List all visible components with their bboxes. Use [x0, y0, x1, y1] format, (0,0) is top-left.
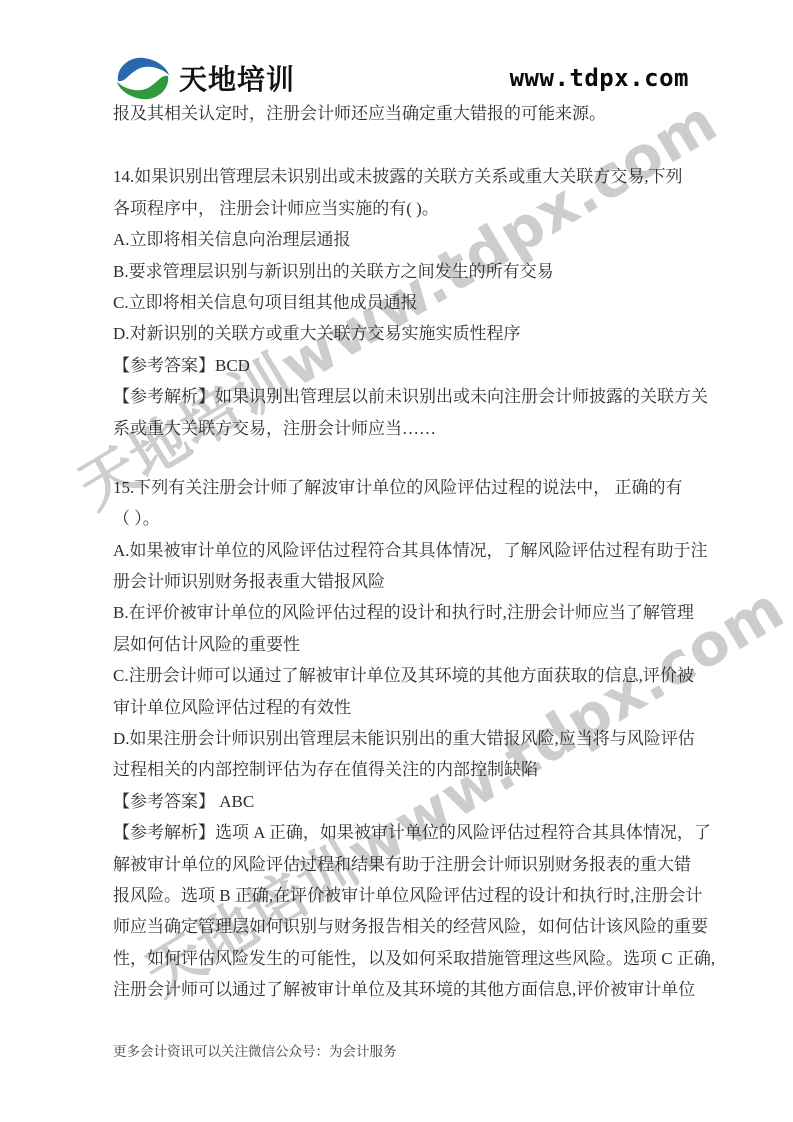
brand-logo: 天地培训 — [113, 55, 295, 102]
q15-reference-answer: 【参考答案】 ABC — [113, 786, 693, 817]
q15-analysis-line-3: 报风险。选项 B 正确,在评价被审计单位风险评估过程的设计和执行时,注册会计 — [113, 880, 693, 911]
q15-analysis-line-5: 性，如何评估风险发生的可能性，以及如何采取措施管理这些风险。选项 C 正确, — [113, 943, 693, 974]
q14-option-a: A.立即将相关信息向治理层通报 — [113, 224, 693, 255]
q14-option-c: C.立即将相关信息句项目组其他成员通报 — [113, 287, 693, 318]
q15-option-d-line-2: 过程相关的内部控制评估为存在值得关注的内部控制缺陷 — [113, 754, 693, 785]
q15-option-d-line-1: D.如果注册会计师识别出管理层未能识别出的重大错报风险,应当将与风险评估 — [113, 723, 693, 754]
q14-stem-line-1: 14.如果识别出管理层未识别出或未披露的关联方关系或重大关联方交易,下列 — [113, 161, 693, 192]
q14-option-d: D.对新识别的关联方或重大关联方交易实施实质性程序 — [113, 318, 693, 349]
q15-option-a-line-1: A.如果被审计单位的风险评估过程符合其具体情况，了解风险评估过程有助于注 — [113, 535, 693, 566]
footer-note: 更多会计资讯可以关注微信公众号：为会计服务 — [113, 1040, 397, 1060]
q15-option-c-line-1: C.注册会计师可以通过了解被审计单位及其环境的其他方面获取的信息,评价被 — [113, 660, 693, 691]
q14-option-b: B.要求管理层识别与新识别出的关联方之间发生的所有交易 — [113, 256, 693, 287]
page-header: 天地培训 www.tdpx.com — [113, 54, 689, 102]
q15-option-b-line-1: B.在评价被审计单位的风险评估过程的设计和执行时,注册会计师应当了解管理 — [113, 597, 693, 628]
q15-analysis-line-6: 注册会计师可以通过了解被审计单位及其环境的其他方面信息,评价被审计单位 — [113, 974, 693, 1005]
question-14: 14.如果识别出管理层未识别出或未披露的关联方关系或重大关联方交易,下列 各项程… — [113, 161, 693, 444]
q15-option-a-line-2: 册会计师识别财务报表重大错报风险 — [113, 566, 693, 597]
question-15: 15.下列有关注册会计师了解波审计单位的风险评估过程的说法中， 正确的有 （ ）… — [113, 472, 693, 1006]
q14-analysis-line-2: 系或重大关联方交易，注册会计师应当…… — [113, 413, 693, 444]
swirl-logo-icon — [113, 55, 173, 102]
document-page: 天地培训www.tdpx.com 天地培训www.tdpx.com 天地培训 w… — [0, 0, 793, 1122]
q14-stem-line-2: 各项程序中， 注册会计师应当实施的有( )。 — [113, 193, 693, 224]
brand-name-text: 天地培训 — [179, 58, 295, 98]
q15-option-c-line-2: 审计单位风险评估过程的有效性 — [113, 692, 693, 723]
q14-analysis-line-1: 【参考解析】如果识别出管理层以前未识别出或未向注册会计师披露的关联方关 — [113, 381, 693, 412]
q15-option-b-line-2: 层如何估计风险的重要性 — [113, 629, 693, 660]
q15-analysis-line-4: 师应当确定管理层如何识别与财务报告相关的经营风险，如何估计该风险的重要 — [113, 911, 693, 942]
q15-stem-line-1: 15.下列有关注册会计师了解波审计单位的风险评估过程的说法中， 正确的有 — [113, 472, 693, 503]
q15-stem-line-2: （ ）。 — [113, 503, 693, 534]
document-body: 报及其相关认定时，注册会计师还应当确定重大错报的可能来源。 14.如果识别出管理… — [113, 98, 693, 1006]
website-url-text: www.tdpx.com — [510, 64, 689, 92]
q15-analysis-line-2: 解被审计单位的风险评估过程和结果有助于注册会计师识别财务报表的重大错 — [113, 849, 693, 880]
q14-reference-answer: 【参考答案】BCD — [113, 350, 693, 381]
q15-analysis-line-1: 【参考解析】选项 A 正确，如果被审计单位的风险评估过程符合其具体情况，了 — [113, 817, 693, 848]
intro-continuation-line: 报及其相关认定时，注册会计师还应当确定重大错报的可能来源。 — [113, 98, 693, 129]
